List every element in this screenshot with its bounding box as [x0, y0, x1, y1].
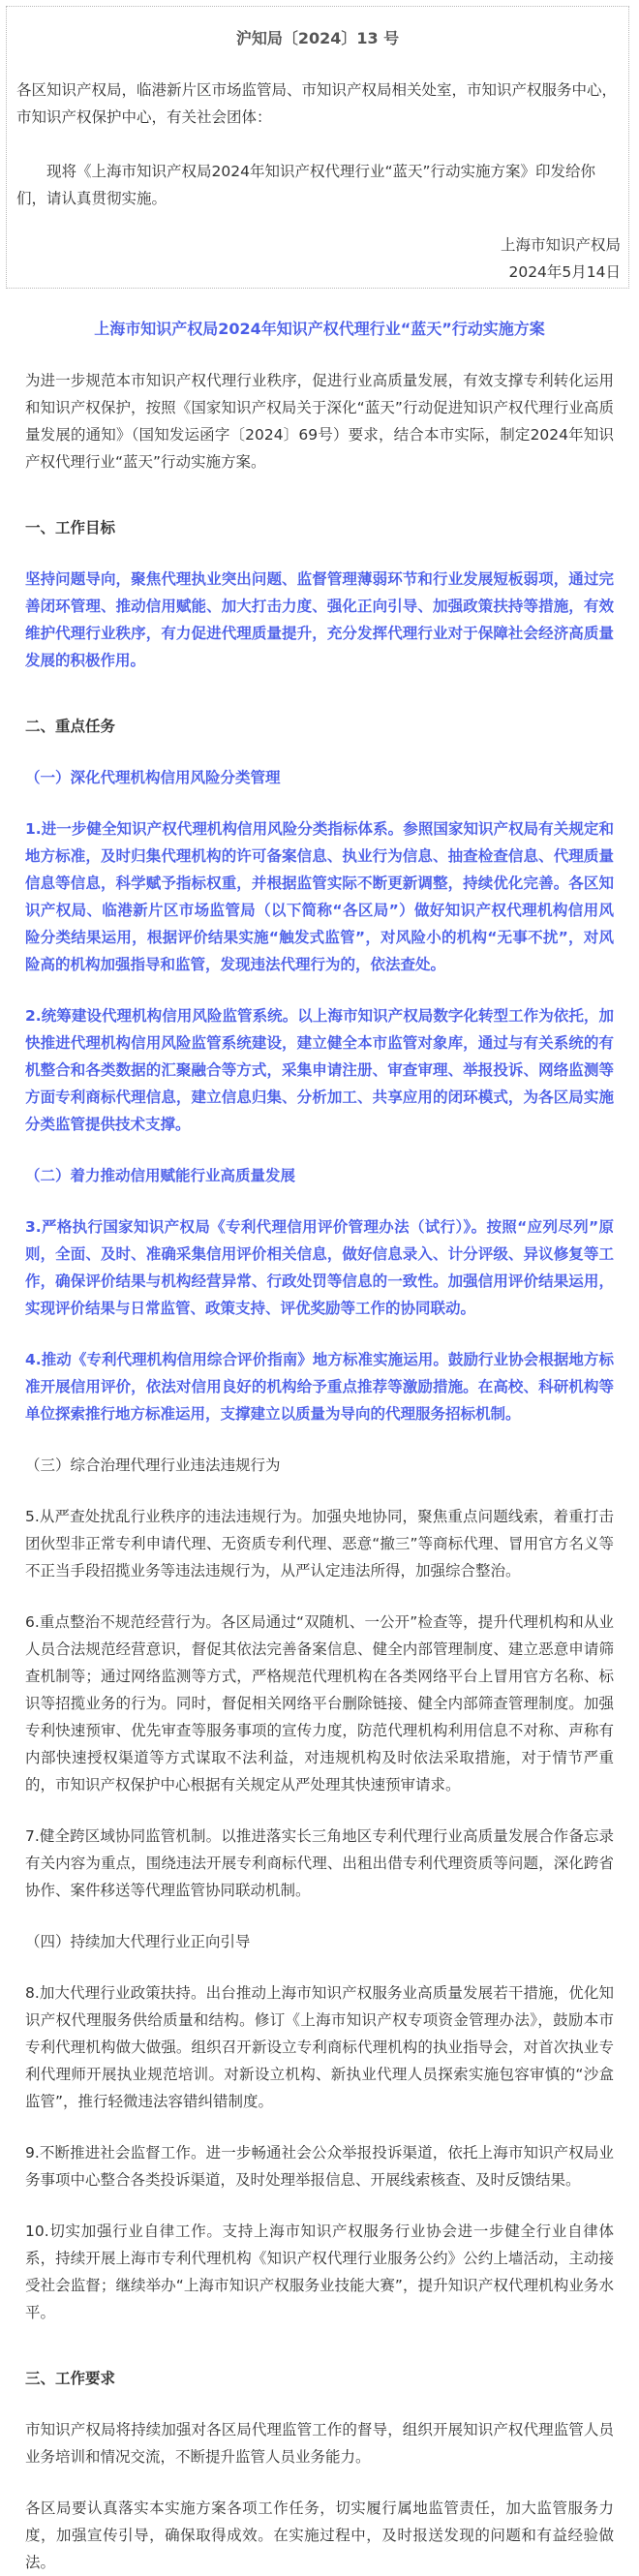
task-item: 8.加大代理行业政策扶持。出台推动上海市知识产权服务业高质量发展若干措施，优化知…	[25, 1979, 614, 2115]
task-item: 4.推动《专利代理机构信用综合评价指南》地方标准实施运用。鼓励行业协会根据地方标…	[25, 1346, 614, 1427]
section-heading-requirements: 三、工作要求	[25, 2365, 614, 2392]
plan-content: 上海市知识产权局2024年知识产权代理行业“蓝天”行动实施方案 为进一步规范本市…	[0, 318, 639, 2576]
task-item: 1.进一步健全知识产权代理机构信用风险分类指标体系。参照国家知识产权局有关规定和…	[25, 815, 614, 978]
section-goals-text: 坚持问题导向，聚焦代理执业突出问题、监督管理薄弱环节和行业发展短板弱项，通过完善…	[25, 566, 614, 674]
issuer: 上海市知识产权局	[501, 233, 621, 255]
plan-title: 上海市知识产权局2024年知识产权代理行业“蓝天”行动实施方案	[25, 318, 614, 341]
notice-box: 沪知局〔2024〕13 号 各区知识产权局，临港新片区市场监管局、市知识产权局相…	[6, 6, 629, 289]
task-item: 6.重点整治不规范经营行为。各区局通过“双随机、一公开”检查等，提升代理机构和从…	[25, 1609, 614, 1798]
requirement-item: 市知识产权局将持续加强对各区局代理监管工作的督导，组织开展知识产权代理监管人员业…	[25, 2416, 614, 2470]
section-heading-tasks: 二、重点任务	[25, 713, 614, 740]
task-item: 2.统筹建设代理机构信用风险监管系统。以上海市知识产权局数字化转型工作为依托，加…	[25, 1002, 614, 1138]
issue-date: 2024年5月14日	[508, 261, 621, 282]
task-item: 10.切实加强行业自律工作。支持上海市知识产权服务行业协会进一步健全行业自律体系…	[25, 2218, 614, 2326]
plan-intro: 为进一步规范本市知识产权代理行业秩序，促进行业高质量发展，有效支撑专利转化运用和…	[25, 367, 614, 475]
subsection-heading-2: （二）着力推动信用赋能行业高质量发展	[25, 1162, 614, 1189]
task-item: 9.不断推进社会监督工作。进一步畅通社会公众举报投诉渠道，依托上海市知识产权局业…	[25, 2139, 614, 2193]
task-item: 5.从严查处扰乱行业秩序的违法违规行为。加强央地协同，聚焦重点问题线索，着重打击…	[25, 1503, 614, 1584]
subsection-heading-4: （四）持续加大代理行业正向引导	[25, 1928, 614, 1955]
recipients: 各区知识产权局，临港新片区市场监管局、市知识产权局相关处室，市知识产权服务中心，…	[16, 77, 621, 131]
notice-body: 现将《上海市知识产权局2024年知识产权代理行业“蓝天”行动实施方案》印发给你们…	[16, 158, 621, 212]
subsection-heading-1: （一）深化代理机构信用风险分类管理	[25, 764, 614, 791]
requirement-item: 各区局要认真落实本实施方案各项工作任务，切实履行属地监管责任，加大监管服务力度，…	[25, 2495, 614, 2576]
subsection-heading-3: （三）综合治理代理行业违法违规行为	[25, 1452, 614, 1479]
document-number: 沪知局〔2024〕13 号	[7, 26, 628, 48]
task-item: 7.健全跨区域协同监管机制。以推进落实长三角地区专利代理行业高质量发展合作备忘录…	[25, 1823, 614, 1904]
section-heading-goals: 一、工作目标	[25, 514, 614, 541]
task-item: 3.严格执行国家知识产权局《专利代理信用评价管理办法（试行）》。按照“应列尽列”…	[25, 1213, 614, 1322]
